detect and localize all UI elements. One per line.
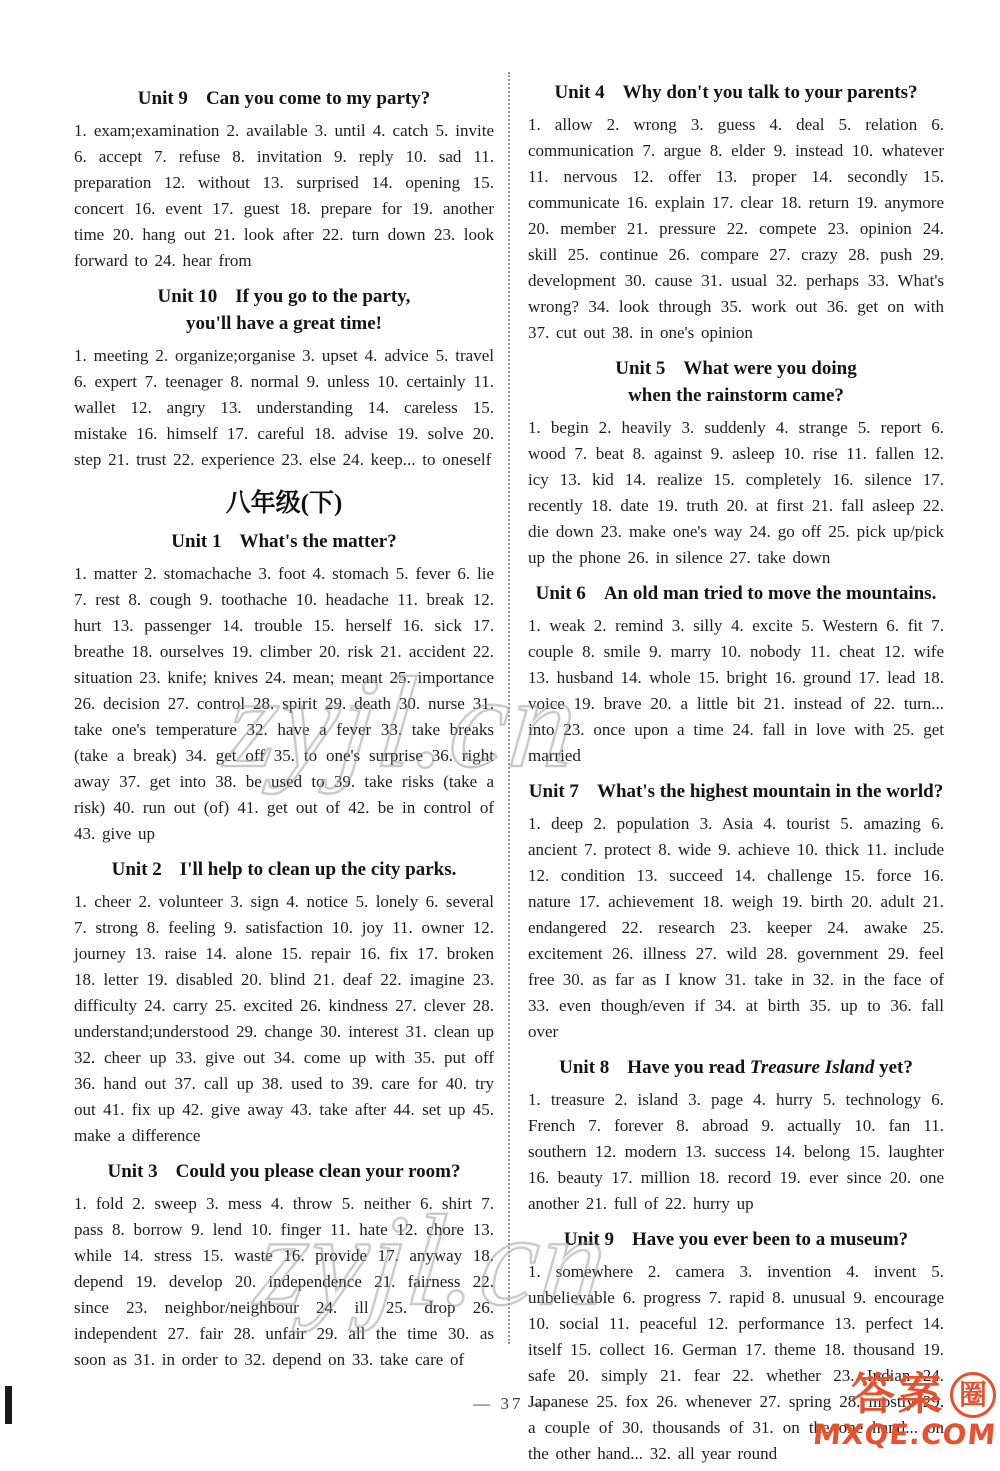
unit-heading: Unit 5What were you doingwhen the rainst… bbox=[528, 355, 944, 409]
logo-site-url: MXQE.COM bbox=[812, 1421, 998, 1449]
unit-heading-line1: Unit 9Can you come to my party? bbox=[74, 85, 494, 112]
unit-heading-line1: Unit 9Have you ever been to a museum? bbox=[528, 1226, 944, 1253]
unit-title: Have you read Treasure Island yet? bbox=[627, 1057, 913, 1078]
unit-section: Unit 9Can you come to my party?1. exam;e… bbox=[74, 85, 494, 274]
unit-words: 1. deep 2. population 3. Asia 4. tourist… bbox=[528, 811, 944, 1045]
unit-heading: Unit 3Could you please clean your room? bbox=[74, 1158, 494, 1185]
unit-words: 1. weak 2. remind 3. silly 4. excite 5. … bbox=[528, 613, 944, 769]
unit-heading: Unit 10If you go to the party,you'll hav… bbox=[74, 283, 494, 337]
unit-heading-line1: Unit 5What were you doing bbox=[528, 355, 944, 382]
unit-section: Unit 10If you go to the party,you'll hav… bbox=[74, 283, 494, 473]
unit-words: 1. exam;examination 2. available 3. unti… bbox=[74, 118, 494, 274]
unit-section: Unit 5What were you doingwhen the rainst… bbox=[528, 355, 944, 571]
unit-title: An old man tried to move the mountains. bbox=[604, 583, 937, 604]
grade-section-title: 八年级(下) bbox=[74, 489, 494, 519]
unit-title: I'll help to clean up the city parks. bbox=[180, 859, 457, 880]
unit-heading: Unit 4Why don't you talk to your parents… bbox=[528, 79, 944, 106]
unit-title: What were you doing bbox=[683, 358, 856, 379]
unit-section: Unit 1What's the matter?1. matter 2. sto… bbox=[74, 528, 494, 847]
unit-label: Unit 8 bbox=[559, 1057, 609, 1078]
answer-site-logo: 答案 圈 MXQE.COM bbox=[813, 1372, 996, 1449]
left-column: Unit 9Can you come to my party?1. exam;e… bbox=[74, 76, 494, 1378]
unit-label: Unit 9 bbox=[564, 1229, 614, 1250]
unit-heading: Unit 2I'll help to clean up the city par… bbox=[74, 856, 494, 883]
unit-label: Unit 6 bbox=[536, 583, 586, 604]
unit-title: If you go to the party, bbox=[235, 286, 410, 307]
unit-heading: Unit 9Can you come to my party? bbox=[74, 85, 494, 112]
unit-label: Unit 5 bbox=[615, 358, 665, 379]
unit-heading: Unit 1What's the matter? bbox=[74, 528, 494, 555]
unit-title: Could you please clean your room? bbox=[176, 1161, 461, 1182]
unit-title: What's the highest mountain in the world… bbox=[597, 781, 943, 802]
unit-heading-line1: Unit 6An old man tried to move the mount… bbox=[528, 580, 944, 607]
unit-words: 1. begin 2. heavily 3. suddenly 4. stran… bbox=[528, 415, 944, 571]
unit-words: 1. meeting 2. organize;organise 3. upset… bbox=[74, 343, 494, 473]
unit-section: Unit 3Could you please clean your room?1… bbox=[74, 1158, 494, 1373]
unit-title: Have you ever been to a museum? bbox=[632, 1229, 908, 1250]
unit-title: What's the matter? bbox=[239, 531, 396, 552]
unit-section: Unit 4Why don't you talk to your parents… bbox=[528, 79, 944, 346]
unit-heading-line1: Unit 8Have you read Treasure Island yet? bbox=[528, 1054, 944, 1081]
right-column: Unit 4Why don't you talk to your parents… bbox=[528, 70, 944, 1471]
unit-title-line2: you'll have a great time! bbox=[74, 310, 494, 337]
unit-title-line2: when the rainstorm came? bbox=[528, 382, 944, 409]
unit-label: Unit 10 bbox=[158, 286, 218, 307]
unit-title: Why don't you talk to your parents? bbox=[623, 82, 918, 103]
unit-section: Unit 8Have you read Treasure Island yet?… bbox=[528, 1054, 944, 1217]
unit-heading-line1: Unit 7What's the highest mountain in the… bbox=[528, 778, 944, 805]
unit-section: Unit 2I'll help to clean up the city par… bbox=[74, 856, 494, 1149]
page-number: — 37 — bbox=[442, 1394, 582, 1414]
logo-daanquan: 答案 圈 bbox=[813, 1372, 996, 1418]
scanned-book-page: Unit 9Can you come to my party?1. exam;e… bbox=[0, 0, 1000, 1471]
unit-heading: Unit 8Have you read Treasure Island yet? bbox=[528, 1054, 944, 1081]
unit-section: Unit 7What's the highest mountain in the… bbox=[528, 778, 944, 1045]
unit-words: 1. allow 2. wrong 3. guess 4. deal 5. re… bbox=[528, 112, 944, 346]
logo-daan-text: 答案 bbox=[851, 1373, 945, 1417]
unit-label: Unit 9 bbox=[138, 88, 188, 109]
unit-heading-line1: Unit 2I'll help to clean up the city par… bbox=[74, 856, 494, 883]
unit-words: 1. matter 2. stomachache 3. foot 4. stom… bbox=[74, 561, 494, 847]
unit-words: 1. treasure 2. island 3. page 4. hurry 5… bbox=[528, 1087, 944, 1217]
unit-label: Unit 4 bbox=[554, 82, 604, 103]
unit-heading-line1: Unit 4Why don't you talk to your parents… bbox=[528, 79, 944, 106]
unit-heading-line1: Unit 10If you go to the party, bbox=[74, 283, 494, 310]
unit-label: Unit 1 bbox=[171, 531, 221, 552]
unit-heading: Unit 9Have you ever been to a museum? bbox=[528, 1226, 944, 1253]
column-divider bbox=[508, 72, 510, 1344]
unit-heading: Unit 7What's the highest mountain in the… bbox=[528, 778, 944, 805]
unit-words: 1. fold 2. sweep 3. mess 4. throw 5. nei… bbox=[74, 1191, 494, 1373]
unit-heading: Unit 6An old man tried to move the mount… bbox=[528, 580, 944, 607]
unit-label: Unit 7 bbox=[529, 781, 579, 802]
unit-label: Unit 3 bbox=[108, 1161, 158, 1182]
logo-circle-quan: 圈 bbox=[950, 1372, 996, 1418]
unit-section: Unit 6An old man tried to move the mount… bbox=[528, 580, 944, 769]
unit-heading-line1: Unit 1What's the matter? bbox=[74, 528, 494, 555]
print-edge-mark bbox=[5, 1386, 12, 1424]
unit-heading-line1: Unit 3Could you please clean your room? bbox=[74, 1158, 494, 1185]
unit-label: Unit 2 bbox=[112, 859, 162, 880]
unit-title-italic: Treasure Island bbox=[750, 1057, 874, 1078]
unit-title: Can you come to my party? bbox=[206, 88, 430, 109]
unit-words: 1. cheer 2. volunteer 3. sign 4. notice … bbox=[74, 889, 494, 1149]
